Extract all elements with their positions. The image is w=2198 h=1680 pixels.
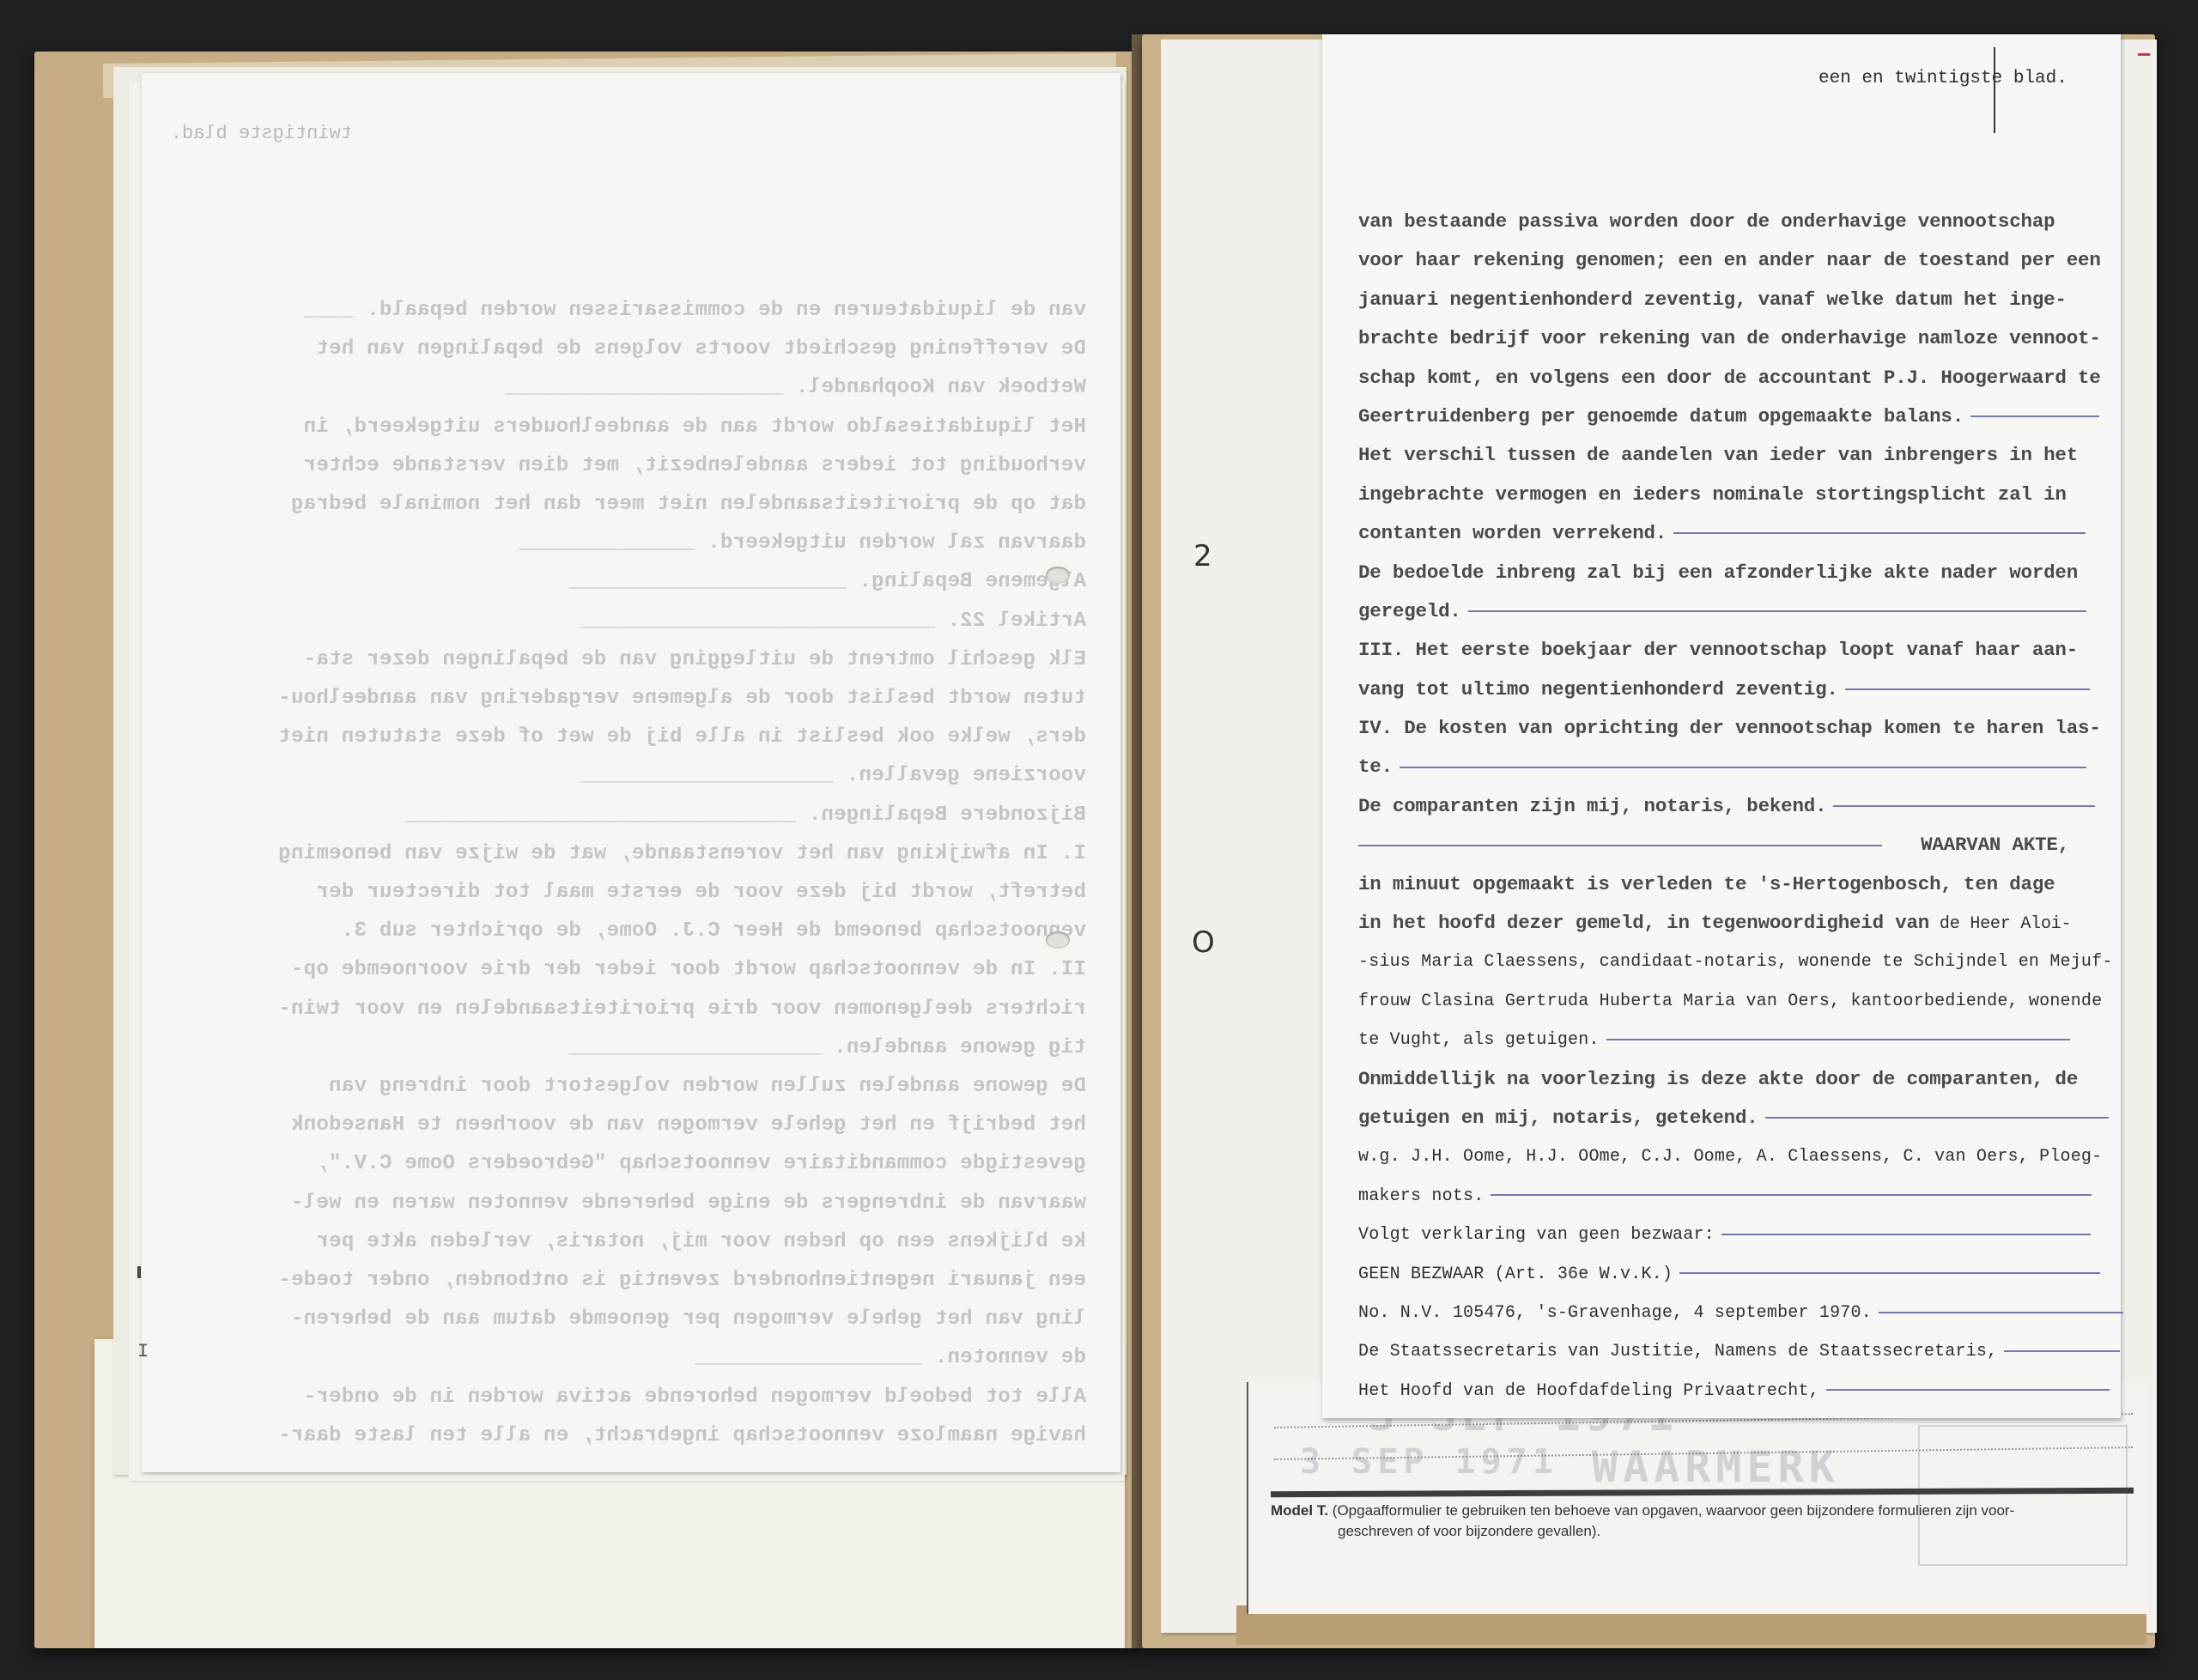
deed-line-text: Het verschil tussen de aandelen van iede…: [1358, 444, 2078, 466]
bleed-through-line: daarvan zal worden uitgekeerd. _________…: [219, 531, 1086, 556]
bleed-through-line: verhouding tot ieders aandelenbezit, met…: [219, 453, 1086, 479]
fill-rule: [1358, 845, 1882, 846]
bleed-through-line: Alle tot bedoeld vermogen behorende acti…: [219, 1385, 1086, 1410]
bleed-through-line: richters deelgenomen voor drie prioritei…: [219, 997, 1086, 1022]
deed-line-text: De Staatssecretaris van Justitie, Namens…: [1358, 1342, 1997, 1362]
deed-line-text: makers nots.: [1358, 1186, 1484, 1206]
deed-line-text: w.g. J.H. Oome, H.J. OOme, C.J. Oome, A.…: [1358, 1147, 2102, 1167]
bleed-through-line: ders, welke ook beslist in alle bij de w…: [219, 725, 1086, 750]
page-header: een en twintigste blad.: [1819, 69, 2067, 88]
deed-line: No. N.V. 105476, 's-Gravenhage, 4 septem…: [1358, 1294, 2114, 1332]
deed-line: De bedoelde inbreng zal bij een afzonder…: [1358, 554, 2114, 592]
model-description: (Opgaafformulier te gebruiken ten behoev…: [1333, 1502, 2014, 1519]
deed-line: getuigen en mij, notaris, getekend.: [1358, 1099, 2114, 1137]
fill-rule: [1400, 767, 2086, 768]
stamp-box: [1918, 1425, 2128, 1566]
bleed-through-line: waarvan de inbrengers de enige beherende…: [219, 1191, 1086, 1216]
deed-line: schap komt, en volgens een door de accou…: [1358, 359, 2114, 397]
deed-line-text: IV. De kosten van oprichting der vennoot…: [1358, 717, 2101, 739]
deed-line: januari negentienhonderd zeventig, vanaf…: [1358, 281, 2114, 319]
deed-line: brachte bedrijf voor rekening van de ond…: [1358, 319, 2114, 358]
bleed-through-line: Wetboek van Koophandel. ________________…: [219, 375, 1086, 401]
deed-line-text: van bestaande passiva worden door de ond…: [1358, 210, 2055, 233]
deed-line: van bestaande passiva worden door de ond…: [1358, 203, 2114, 241]
deed-line: w.g. J.H. Oome, H.J. OOme, C.J. Oome, A.…: [1358, 1137, 2114, 1176]
margin-mark: [137, 1266, 141, 1278]
bleed-through-line: tig gewone aandelen. ___________________…: [219, 1035, 1086, 1061]
bleed-through-line: Elk geschil omtrent de uitlegging van de…: [219, 647, 1086, 673]
deed-line-text: Onmiddellijk na voorlezing is deze akte …: [1358, 1068, 2078, 1090]
deed-line: Geertruidenberg per genoemde datum opgem…: [1358, 397, 2114, 436]
deed-line-text: Geertruidenberg per genoemde datum opgem…: [1358, 405, 1964, 428]
mirrored-page-header: twintigste blad.: [171, 123, 352, 144]
bleed-through-line: II. In de vennootschap wordt door ieder …: [219, 957, 1086, 983]
deed-line-text: te.: [1358, 755, 1393, 778]
deed-line-text: in minuut opgemaakt is verleden te 's-He…: [1358, 873, 2055, 895]
bleed-through-line: tuten wordt beslist door de algemene ver…: [219, 686, 1086, 712]
deed-line-text: te Vught, als getuigen.: [1358, 1030, 1600, 1050]
bleed-through-line: I. In afwijking van het vorenstaande, wa…: [219, 841, 1086, 867]
deed-line-text: Het Hoofd van de Hoofdafdeling Privaatre…: [1358, 1381, 1819, 1401]
deed-line: De comparanten zijn mij, notaris, bekend…: [1358, 787, 2114, 826]
deed-line-text: contanten worden verrekend.: [1358, 522, 1667, 544]
deed-line: Het Hoofd van de Hoofdafdeling Privaatre…: [1358, 1372, 2114, 1410]
bleed-through-line: betreft, wordt bij deze voor de eerste m…: [219, 880, 1086, 906]
deed-line: -sius Maria Claessens, candidaat-notaris…: [1358, 943, 2114, 981]
fill-rule: [1833, 805, 2095, 807]
fill-rule: [1721, 1234, 2091, 1235]
deed-line-text: -sius Maria Claessens, candidaat-notaris…: [1358, 952, 2113, 972]
deed-line: voor haar rekening genomen; een en ander…: [1358, 241, 2114, 280]
deed-line-text: De bedoelde inbreng zal bij een afzonder…: [1358, 561, 2078, 584]
fill-rule: [1673, 532, 2086, 534]
bleed-through-line: De gewone aandelen zullen worden volgest…: [219, 1074, 1086, 1100]
deed-line: Onmiddellijk na voorlezing is deze akte …: [1358, 1060, 2114, 1099]
deed-line-text: GEEN BEZWAAR (Art. 36e W.v.K.): [1358, 1265, 1673, 1284]
model-t-caption: Model T. (Opgaafformulier te gebruiken t…: [1271, 1501, 2138, 1542]
deed-line-text: III. Het eerste boekjaar der vennootscha…: [1358, 639, 2078, 661]
fill-rule: [1468, 610, 2086, 612]
deed-line: te Vught, als getuigen.: [1358, 1021, 2114, 1059]
deed-line: ingebrachte vermogen en ieders nominale …: [1358, 476, 2114, 514]
bleed-through-line: ke blijkens een op heden voor mij, notar…: [219, 1229, 1086, 1255]
deed-line: Volgt verklaring van geen bezwaar:: [1358, 1216, 2114, 1254]
deed-line: geregeld.: [1358, 592, 2114, 631]
bleed-through-line: gevestigde commanditaire vennootschap "G…: [219, 1151, 1086, 1177]
fill-rule: [1606, 1039, 2070, 1040]
deed-line-text: januari negentienhonderd zeventig, vanaf…: [1358, 288, 2067, 311]
punch-hole: [1046, 931, 1070, 949]
fill-rule: [1679, 1272, 2100, 1274]
deed-line-text: in het hoofd dezer gemeld, in tegenwoord…: [1358, 912, 1929, 934]
fill-rule: [1970, 415, 2099, 417]
bleed-through-line: van de liquidateuren en de commissarisse…: [219, 298, 1086, 324]
fill-rule: [1826, 1389, 2110, 1391]
fill-rule: [1765, 1117, 2109, 1119]
date-stamp-2: 3 SEP 1971: [1300, 1442, 1558, 1482]
handwritten-vertical-mark: [1994, 47, 1995, 133]
deed-line-text: No. N.V. 105476, 's-Gravenhage, 4 septem…: [1358, 1303, 1872, 1323]
right-page-een-en-twintigste-blad: een en twintigste blad. 2 O van bestaand…: [1322, 34, 2121, 1418]
bleed-through-line: Artikel 22. ____________________________: [219, 609, 1086, 634]
bleed-through-line: Algemene Bepaling. _____________________…: [219, 569, 1086, 595]
bleed-through-line: havige naamloze vennootschap ingebracht,…: [219, 1423, 1086, 1449]
margin-mark-letter: I: [137, 1341, 149, 1362]
deed-line: GEEN BEZWAAR (Art. 36e W.v.K.): [1358, 1255, 2114, 1294]
fill-rule: [2004, 1350, 2120, 1352]
deed-line-text: voor haar rekening genomen; een en ander…: [1358, 249, 2101, 271]
bleed-through-line: Bijzondere Bepalingen. _________________…: [219, 803, 1086, 828]
deed-line: contanten worden verrekend.: [1358, 514, 2114, 553]
deed-line-text: geregeld.: [1358, 600, 1461, 622]
bleed-through-line: Het liquidatiesaldo wordt aan de aandeel…: [219, 415, 1086, 440]
model-description-cont: geschreven of voor bijzondere gevallen).: [1271, 1521, 2138, 1542]
deed-line: De Staatssecretaris van Justitie, Namens…: [1358, 1332, 2114, 1371]
deed-line: IV. De kosten van oprichting der vennoot…: [1358, 709, 2114, 748]
deed-line: in het hoofd dezer gemeld, in tegenwoord…: [1358, 904, 2114, 943]
bleed-through-line: ling van het gehele vermogen per genoemd…: [219, 1307, 1086, 1332]
deed-line: vang tot ultimo negentienhonderd zeventi…: [1358, 670, 2114, 709]
bleed-through-line: voorziene gevallen. ____________________: [219, 763, 1086, 789]
deed-line: in minuut opgemaakt is verleden te 's-He…: [1358, 865, 2114, 904]
deed-line-text: frouw Clasina Gertruda Huberta Maria van…: [1358, 992, 2102, 1011]
waarmerk-stamp: WAARMERK: [1592, 1442, 1840, 1492]
bleed-through-line: de vennoten. __________________: [219, 1345, 1086, 1371]
fill-rule: [1491, 1194, 2092, 1196]
bleed-through-line: De vereffening geschiedt voorts volgens …: [219, 337, 1086, 362]
fill-rule: [1845, 688, 2090, 690]
deed-line-text: schap komt, en volgens een door de accou…: [1358, 367, 2101, 389]
deed-line-text: getuigen en mij, notaris, getekend.: [1358, 1107, 1758, 1129]
left-page-twintigste-blad: twintigste blad. van de liquidateuren en…: [142, 73, 1120, 1472]
deed-line-text: brachte bedrijf voor rekening van de ond…: [1358, 327, 2101, 349]
deed-line: makers nots.: [1358, 1177, 2114, 1216]
deed-body-text: van bestaande passiva worden door de ond…: [1358, 203, 2114, 1410]
punch-hole: [1046, 567, 1070, 584]
bleed-through-line: dat op de prioriteitsaandelen niet meer …: [219, 492, 1086, 518]
bleed-through-line: het bedrijf en het gehele vermogen van d…: [219, 1113, 1086, 1138]
bleed-through-line: vennootschap benoemd de Heer C.J. Oome, …: [219, 919, 1086, 944]
fill-rule: [1879, 1312, 2123, 1313]
deed-line: WAARVAN AKTE,: [1358, 826, 2114, 864]
deed-line-text: ingebrachte vermogen en ieders nominale …: [1358, 483, 2067, 506]
deed-line: Het verschil tussen de aandelen van iede…: [1358, 436, 2114, 475]
deed-line-text: De comparanten zijn mij, notaris, bekend…: [1358, 795, 1826, 817]
deed-line: te.: [1358, 748, 2114, 786]
deed-line-suffix: de Heer Aloi-: [1929, 914, 2071, 934]
deed-line-text: WAARVAN AKTE,: [1921, 834, 2069, 856]
deed-line-text: vang tot ultimo negentienhonderd zeventi…: [1358, 678, 1838, 701]
model-label: Model T.: [1271, 1502, 1328, 1519]
deed-line-text: Volgt verklaring van geen bezwaar:: [1358, 1225, 1715, 1245]
red-tab-mark: [2138, 53, 2150, 56]
deed-line: III. Het eerste boekjaar der vennootscha…: [1358, 631, 2114, 670]
punch-hole-mark-2: 2: [1193, 539, 1212, 573]
punch-hole-mark-o: O: [1192, 925, 1215, 960]
bleed-through-line: een januari negentienhonderd zeventig is…: [219, 1268, 1086, 1294]
deed-line: frouw Clasina Gertruda Huberta Maria van…: [1358, 982, 2114, 1021]
bleed-through-text: twintigste blad. van de liquidateuren en…: [142, 73, 1120, 1472]
